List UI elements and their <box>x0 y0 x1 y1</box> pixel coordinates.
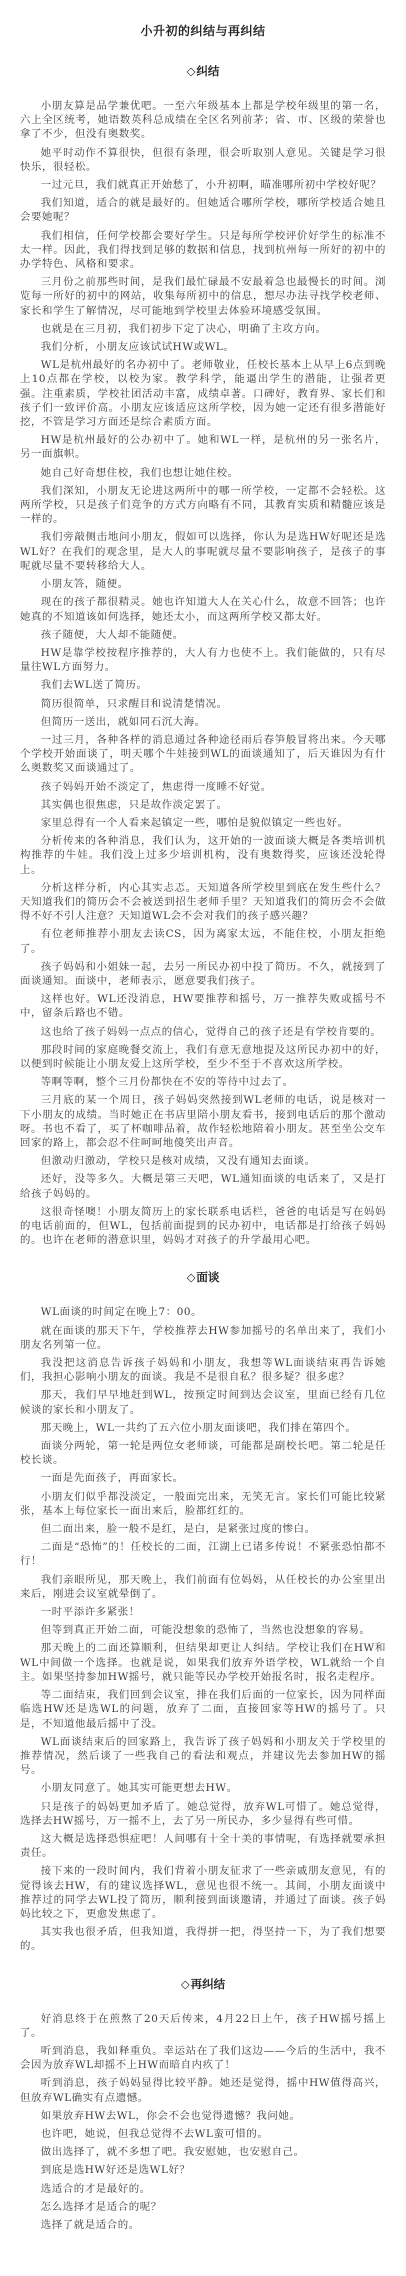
paragraph: 如果放弃HW去WL，你会不会也觉得遗憾？我问她。 <box>20 2109 386 2123</box>
paragraph: 我们去WL送了简历。 <box>20 678 386 692</box>
paragraph: 这大概是选择恐惧症吧！人间哪有十全十美的事情呢，有选择就要承担责任。 <box>20 1832 386 1860</box>
paragraph: 还好，没等多久。大概是第三天吧，WL通知面谈的电话来了，又是打给孩子妈妈的。 <box>20 1172 386 1200</box>
paragraph: 三月份之前那些时间，是我们最忙碌最不安最着急也最慢长的时间。浏览每一所好的初中的… <box>20 275 386 318</box>
paragraph: 孩子妈妈开始不淡定了，焦虑得一度睡不好觉。 <box>20 780 386 794</box>
paragraph: 她自己好奇想住校，我们也想让她住校。 <box>20 466 386 480</box>
paragraph: 但二面出来，脸一般不是红，是白，是紧张过度的惨白。 <box>20 1522 386 1536</box>
paragraph: 分析这样分析，内心其实忐忑。天知道各所学校里到底在发生些什么？天知道我们的简历会… <box>20 881 386 924</box>
paragraph: 其实偶也很焦虑，只是故作淡定罢了。 <box>20 798 386 812</box>
paragraph: 小朋友算是品学兼优吧。一至六年级基本上都是学校年级里的第一名，六上全区统考，她语… <box>20 99 386 142</box>
paragraph: 选适合的才是最好的。 <box>20 2182 386 2196</box>
paragraph: 那段时间的家庭晚餐交流上，我们有意无意地提及这所民办初中的好，以便到时候能让小朋… <box>20 1043 386 1071</box>
diamond-bullet-icon: ◇ <box>181 1977 190 1991</box>
paragraph: 接下来的一段时间内，我们背着小朋友征求了一些亲戚朋友意见，有的觉得该去HW，有的… <box>20 1864 386 1921</box>
paragraph: 这也给了孩子妈妈一点点的信心，觉得自己的孩子还是有学校肯要的。 <box>20 1025 386 1039</box>
paragraph: 这样也好。WL还没消息，HW要推荐和摇号，万一推荐失败或摇号不中，留条后路也不错… <box>20 992 386 1020</box>
paragraph: 就在面谈的那天下午，学校推荐去HW参加摇号的名单出来了，我们小朋友名列第一位。 <box>20 1324 386 1352</box>
paragraph: 我们亲眼所见，那天晚上，我们前面有位妈妈，从任校长的办公室里出来后，刚进会议室就… <box>20 1573 386 1601</box>
paragraph: 我们相信，任何学校都会要好学生。只是每所学校评价好学生的标准不太一样。因此，我们… <box>20 229 386 272</box>
article-section: ◇面谈WL面谈的时间定在晚上7：00。就在面谈的那天下午，学校推荐去HW参加摇号… <box>20 1269 386 1953</box>
paragraph: 孩子随便，大人却不能随便。 <box>20 628 386 642</box>
paragraph: 怎么选择才是适合的呢？ <box>20 2200 386 2214</box>
paragraph: 等二面结束，我们回到会议室，排在我们后面的一位家长，因为同样面临选HW还是选WL… <box>20 1688 386 1731</box>
article-section: ◇纠结小朋友算是品学兼优吧。一至六年级基本上都是学校年级里的第一名，六上全区统考… <box>20 63 386 1247</box>
paragraph: 听到消息，我如释重负。幸运站在了我们这边——今后的生活中，我不会因为放弃WL却摇… <box>20 2044 386 2072</box>
diamond-bullet-icon: ◇ <box>187 1270 196 1284</box>
article-body: ◇纠结小朋友算是品学兼优吧。一至六年级基本上都是学校年级里的第一名，六上全区统考… <box>20 63 386 2232</box>
paragraph: HW是杭州最好的公办初中了。她和WL一样，是杭州的另一张名片，另一面旗帜。 <box>20 433 386 461</box>
article-title: 小升初的纠结与再纠结 <box>20 22 386 39</box>
paragraph: 有位老师推荐小朋友去读CS，因为离家太远，不能住校，小朋友拒绝了。 <box>20 927 386 955</box>
paragraph: 也许吧，她说，但我总觉得不去WL蛮可惜的。 <box>20 2127 386 2141</box>
section-heading-text: 纠结 <box>196 64 219 78</box>
paragraph: 小朋友答，随便。 <box>20 577 386 591</box>
section-heading-text: 面谈 <box>196 1270 219 1284</box>
section-heading: ◇纠结 <box>20 63 386 79</box>
paragraph: 孩子妈妈和小姐妹一起，去另一所民办初中投了简历。不久，就接到了面谈通知。面谈中，… <box>20 960 386 988</box>
paragraph: 三月底的某一个周日，孩子妈妈突然接到WL老师的电话，说是核对一下小朋友的成绩。当… <box>20 1093 386 1150</box>
section-heading: ◇面谈 <box>20 1269 386 1285</box>
paragraph: 只是孩子的妈妈更加矛盾了。她总觉得，放弃WL可惜了。她总觉得，选择去HW摇号，万… <box>20 1800 386 1828</box>
paragraph: 小朋友同意了。她其实可能更想去HW。 <box>20 1781 386 1795</box>
paragraph: 到底是选HW好还是选WL好？ <box>20 2163 386 2177</box>
section-heading: ◇再纠结 <box>20 1976 386 1992</box>
paragraph: 一面是先面孩子，再面家长。 <box>20 1471 386 1485</box>
article: 小升初的纠结与再纠结 ◇纠结小朋友算是品学兼优吧。一至六年级基本上都是学校年级里… <box>0 0 406 2276</box>
paragraph: 做出选择了，就不多想了吧。我安慰她，也安慰自己。 <box>20 2145 386 2159</box>
article-section: ◇再纠结好消息终于在煎熬了20天后传来，4月22日上午，孩子HW摇号摇上了。听到… <box>20 1976 386 2233</box>
diamond-bullet-icon: ◇ <box>187 64 196 78</box>
paragraph: WL面谈的时间定在晚上7：00。 <box>20 1305 386 1319</box>
paragraph: 但简历一送出，就如同石沉大海。 <box>20 715 386 729</box>
paragraph: WL面谈结束后的回家路上，我告诉了孩子妈妈和小朋友关于学校里的推荐情况，然后谈了… <box>20 1735 386 1778</box>
paragraph: 一时平添许多紧张！ <box>20 1605 386 1619</box>
paragraph: 我没把这消息告诉孩子妈妈和小朋友，我想等WL面谈结束再告诉她们，我担心影响小朋友… <box>20 1356 386 1384</box>
paragraph: HW是靠学校按程序推荐的，大人有力也使不上。我们能做的，只有尽量往WL方面努力。 <box>20 646 386 674</box>
paragraph: 这很奇怪噢！小朋友简历上的家长联系电话栏，爸爸的电话是写在妈妈的电话前面的，但W… <box>20 1205 386 1248</box>
paragraph: 分析传来的各种消息，我们认为，这开始的一波面谈大概是各类培训机构推荐的牛娃。我们… <box>20 834 386 877</box>
paragraph: WL是杭州最好的名办初中了。老师敬业，任校长基本上从早上6点到晚上10点都在学校… <box>20 358 386 429</box>
paragraph: 我们分析，小朋友应该试试HW或WL。 <box>20 340 386 354</box>
paragraph: 小朋友们似乎都没淡定，一般面完出来，无笑无言。家长们可能比较紧张，基本上每位家长… <box>20 1490 386 1518</box>
paragraph: 二面是“恐怖”的！任校长的二面，江湖上已诸多传说！不紧张恐怕都不行！ <box>20 1540 386 1568</box>
paragraph: 现在的孩子都很精灵。她也许知道大人在关心什么，故意不回答；也许她真的不知道该如何… <box>20 595 386 623</box>
paragraph: 等啊等啊，整个三月份都快在不安的等待中过去了。 <box>20 1075 386 1089</box>
section-heading-text: 再纠结 <box>191 1977 226 1991</box>
paragraph: 家里总得有一个人看来起镇定一些，哪怕是貌似镇定一些也好。 <box>20 816 386 830</box>
paragraph: 但等到真正开始二面，可能没想象的恐怖了，当然也没想象的容易。 <box>20 1623 386 1637</box>
paragraph: 也就是在三月初，我们初步下定了决心，明确了主攻方向。 <box>20 322 386 336</box>
paragraph: 我们知道，适合的就是最好的。但她适合哪所学校，哪所学校适合她且会要她呢？ <box>20 196 386 224</box>
paragraph: 那天晚上的二面还算顺利，但结果却更让人纠结。学校让我们在HW和WL中间做一个选择… <box>20 1641 386 1684</box>
paragraph: 我们深知，小朋友无论进这两所中的哪一所学校，一定都不会轻松。这两所学校，只是孩子… <box>20 484 386 527</box>
paragraph: 那天晚上，WL一共约了五六位小朋友面谈吧，我们排在第四个。 <box>20 1421 386 1435</box>
paragraph: 她平时动作不算很快，但很有条理，很会听取别人意见。关键是学习很快乐，很轻松。 <box>20 146 386 174</box>
paragraph: 面谈分两轮，第一轮是两位女老师谈，可能都是副校长吧。第二轮是任校长谈。 <box>20 1439 386 1467</box>
paragraph: 我们旁敲侧击地问小朋友，假如可以选择，你认为是选HW好呢还是选WL好？在我们的观… <box>20 530 386 573</box>
paragraph: 好消息终于在煎熬了20天后传来，4月22日上午，孩子HW摇号摇上了。 <box>20 2012 386 2040</box>
paragraph: 简历很简单，只求醒目和说清楚情况。 <box>20 697 386 711</box>
paragraph: 选择了就是适合的。 <box>20 2218 386 2232</box>
paragraph: 其实我也很矛盾，但我知道，我得拼一把，得坚持一下，为了我们想要的。 <box>20 1925 386 1953</box>
paragraph: 但激动归激动，学校只是核对成绩，又没有通知去面谈。 <box>20 1154 386 1168</box>
paragraph: 一过三月，各种各样的消息通过各种途径雨后春笋般冒将出来。今天哪个学校开始面谈了，… <box>20 733 386 776</box>
paragraph: 一过元旦，我们就真正开始愁了，小升初啊，瞄准哪所初中学校好呢？ <box>20 178 386 192</box>
paragraph: 那天，我们早早地赶到WL，按预定时间到达会议室，里面已经有几位候谈的家长和小朋友… <box>20 1388 386 1416</box>
paragraph: 听到消息，孩子妈妈显得比较平静。她还是觉得，摇中HW值得高兴，但放弃WL确实有点… <box>20 2076 386 2104</box>
